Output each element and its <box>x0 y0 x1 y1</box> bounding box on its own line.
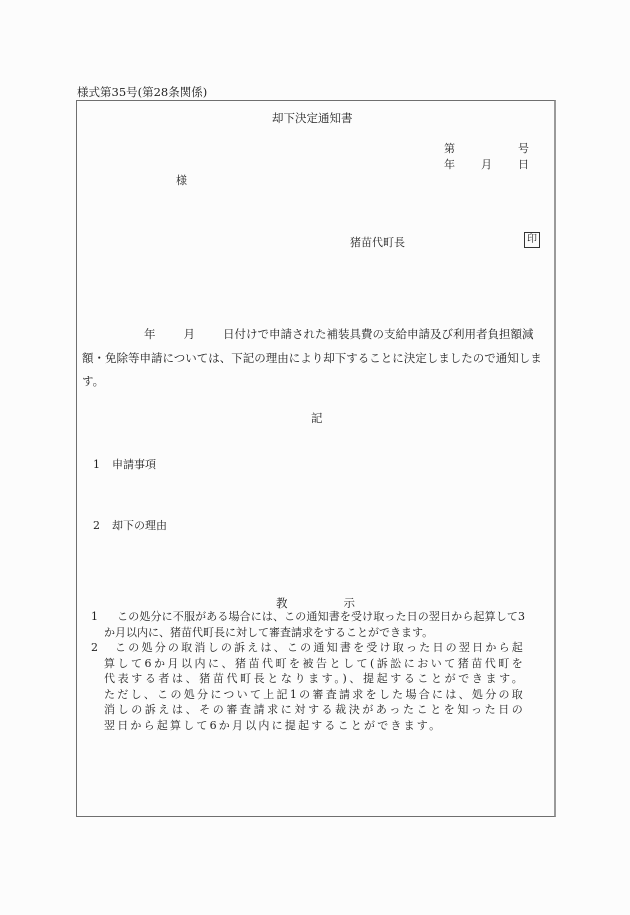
instruction-notes: 1この処分に不服がある場合には、この通知書を受け取った日の翌日から起算して3か月… <box>91 609 525 733</box>
body-month: 月 <box>184 327 196 341</box>
seal-stamp: 印 <box>524 232 540 248</box>
date-day: 日 <box>518 158 529 171</box>
body-year: 年 <box>144 327 156 341</box>
issue-date-line: 年月日 <box>444 156 529 172</box>
form-number-label: 様式第35号(第28条関係) <box>77 84 207 100</box>
item-label: 申請事項 <box>112 458 156 471</box>
issuer-name: 猪苗代町長 <box>350 234 405 250</box>
number-prefix: 第 <box>444 142 455 155</box>
instruction-note: 2この処分の取消しの訴えは、この通知書を受け取った日の翌日から起算して6か月以内… <box>91 640 525 733</box>
date-year: 年 <box>444 158 455 171</box>
item-application: 1申請事項 <box>93 456 156 472</box>
notice-body: 年月日付けで申請された補装具費の支給申請及び利用者負担額減額・免除等申請について… <box>82 323 552 394</box>
date-month: 月 <box>481 158 492 171</box>
instruction-note: 1この処分に不服がある場合には、この通知書を受け取った日の翌日から起算して3か月… <box>91 609 525 640</box>
item-number: 2 <box>93 519 100 532</box>
ki-heading: 記 <box>311 410 323 426</box>
document-number-line: 第号 <box>444 140 529 156</box>
item-label: 却下の理由 <box>112 519 167 532</box>
item-number: 1 <box>93 458 100 471</box>
document-title: 却下決定通知書 <box>272 110 353 126</box>
addressee-honorific: 様 <box>176 172 187 188</box>
number-suffix: 号 <box>518 142 529 155</box>
item-rejection-reason: 2却下の理由 <box>93 517 167 533</box>
